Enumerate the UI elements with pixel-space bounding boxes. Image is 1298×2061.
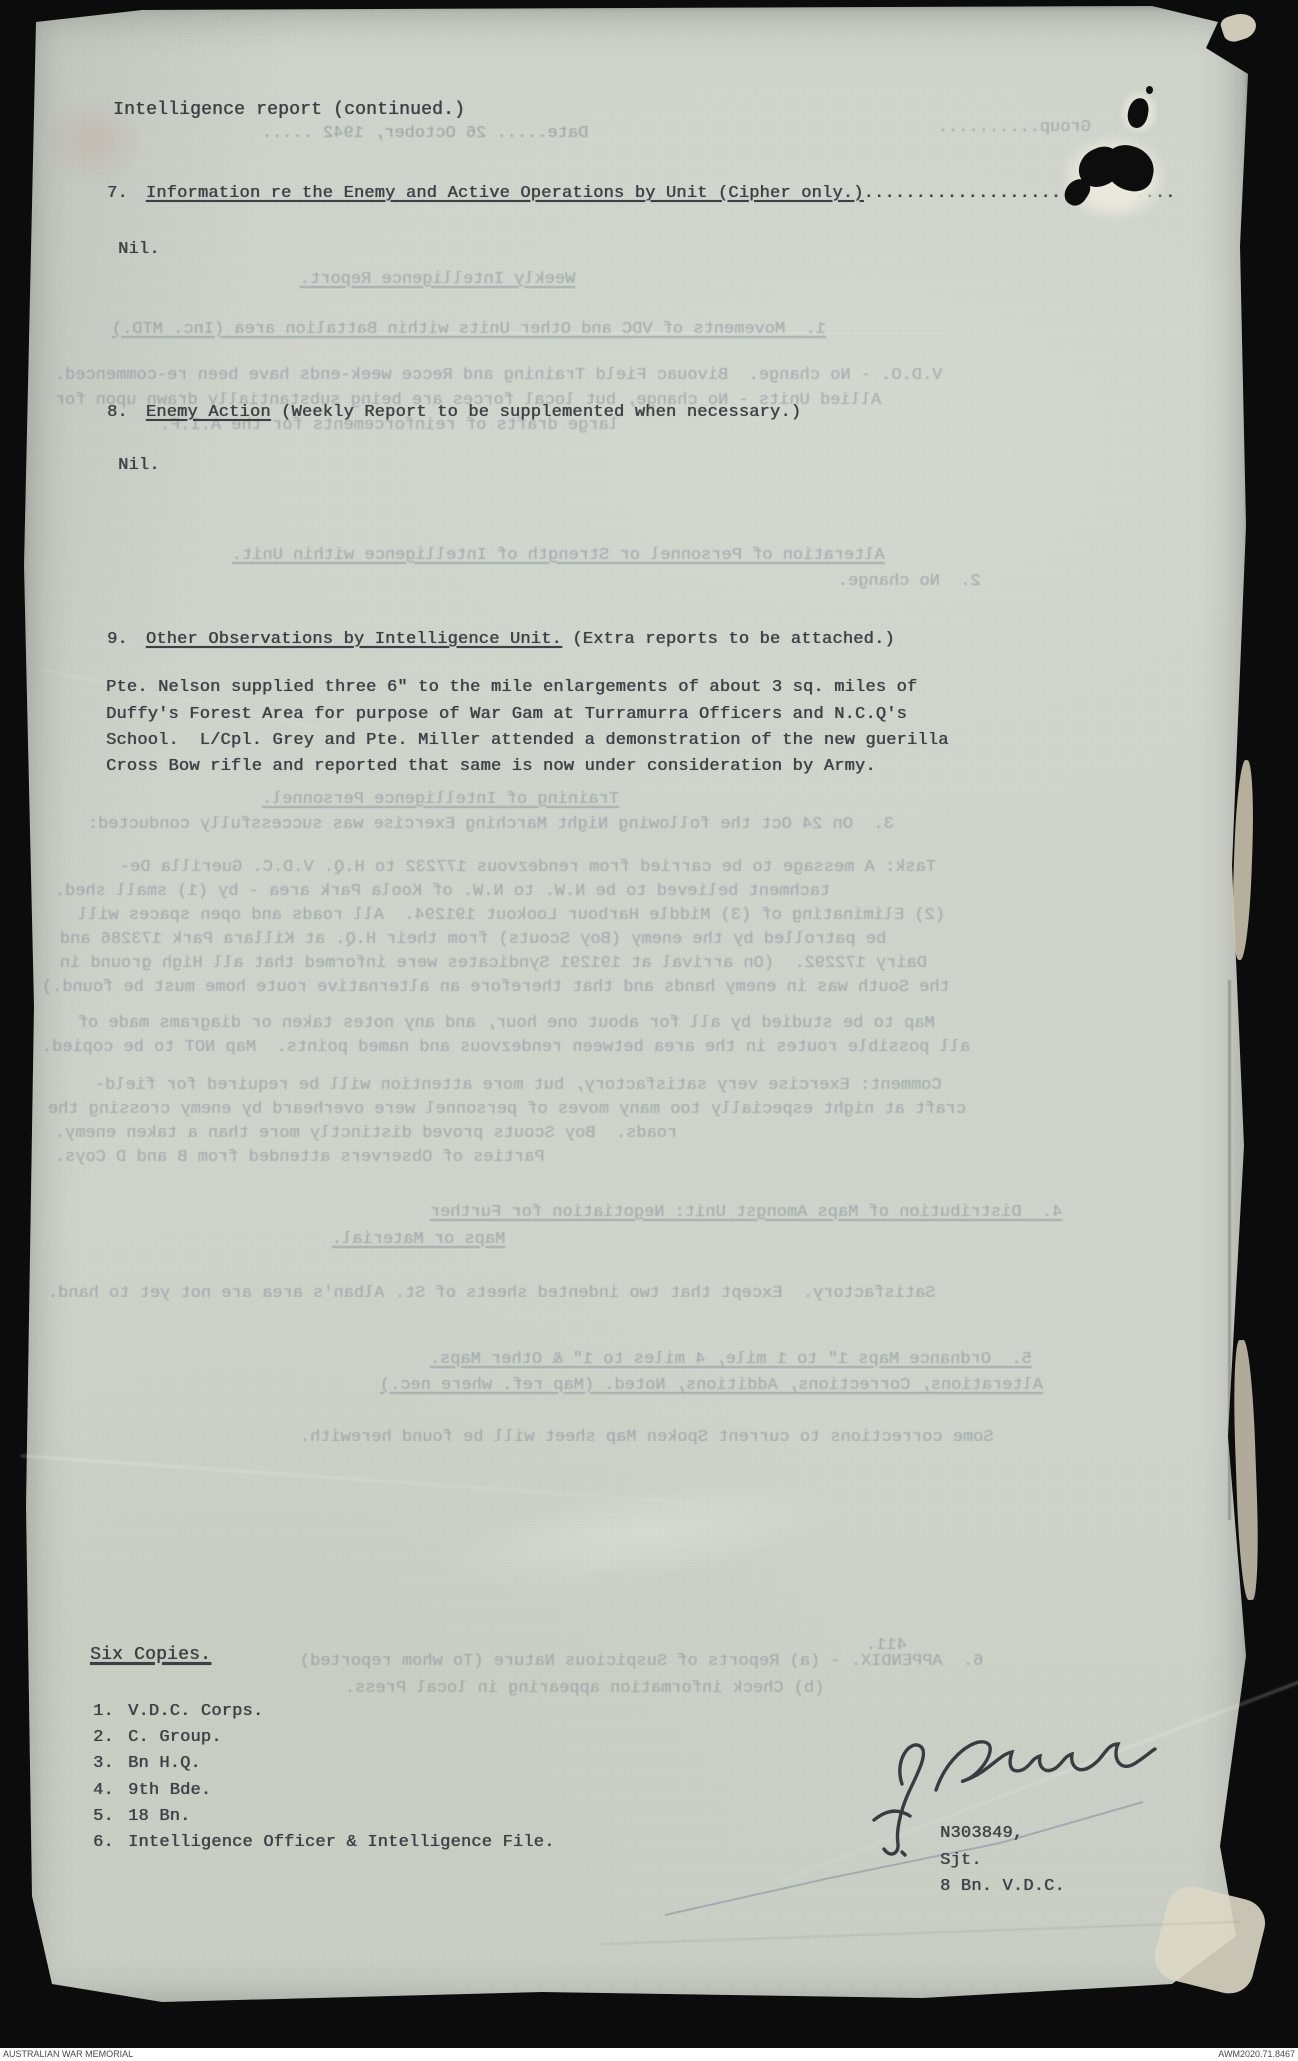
section-number: 7. — [107, 184, 128, 203]
distribution-item: 1.V.D.C. Corps. — [93, 1702, 263, 1722]
bleedthrough-line: Comment: Exercise very satisfactory, but… — [95, 1076, 942, 1096]
bleedthrough-line: craft at night especially too many moves… — [48, 1100, 966, 1120]
bleedthrough-line: Maps or Material. — [332, 1230, 505, 1250]
bleedthrough-line: 4. Distribution of Maps Amongst Unit: Ne… — [430, 1203, 1063, 1223]
section-title-rest: (Weekly Report to be supplemented when n… — [271, 403, 802, 422]
bleedthrough-line: V.D.O. - No change. Bivouac Field Traini… — [55, 366, 943, 386]
leader-dots: .............................. — [864, 184, 1176, 203]
section-title: Other Observations by Intelligence Unit. — [146, 630, 562, 649]
section-9-heading: 9. Other Observations by Intelligence Un… — [107, 630, 895, 650]
distribution-item: 2.C. Group. — [93, 1728, 222, 1748]
signature-unit: 8 Bn. V.D.C. — [940, 1877, 1065, 1897]
distribution-item: 6.Intelligence Officer & Intelligence Fi… — [93, 1833, 554, 1853]
section-8-heading: 8. Enemy Action (Weekly Report to be sup… — [107, 403, 801, 423]
bleedthrough-line: (2) Eliminating of (3) Middle Harbour Lo… — [78, 906, 945, 926]
paragraph-line: Duffy's Forest Area for purpose of War G… — [106, 705, 907, 725]
page-title: Intelligence report (continued.) — [113, 100, 465, 122]
archive-reference: AWM2020.71.8467 — [1218, 2048, 1295, 2061]
bleedthrough-line: 2. No change. — [838, 572, 981, 592]
bleedthrough-line: Parties of Observers attended from B and… — [55, 1148, 545, 1168]
section-title: Enemy Action — [146, 403, 271, 422]
scanned-document: Date..... 26 October, 1942 .....Group...… — [0, 0, 1298, 2061]
section-7-body: Nil. — [118, 240, 160, 260]
bleedthrough-line: Weekly Intelligence Report. — [300, 270, 575, 290]
section-title-rest: (Extra reports to be attached.) — [562, 630, 895, 649]
distribution-heading: Six Copies. — [90, 1645, 211, 1667]
bleedthrough-line: Dairy 172292. (On arrival at 191291 Synd… — [60, 954, 927, 974]
bleedthrough-line: Alteration of Personnel or Strength of I… — [232, 546, 885, 566]
section-number: 9. — [107, 630, 128, 649]
bleedthrough-line: 3. On 24 Oct the following Night Marchin… — [88, 815, 894, 835]
section-title: Information re the Enemy and Active Oper… — [146, 184, 864, 203]
bleedthrough-line: Date..... 26 October, 1942 ..... — [262, 124, 588, 144]
torn-paper-edge — [1219, 9, 1259, 44]
bleedthrough-line: Some corrections to current Spoken Map s… — [300, 1428, 994, 1448]
section-8-body: Nil. — [118, 456, 160, 476]
bleedthrough-line: Training of Intelligence Personnel. — [262, 790, 619, 810]
section-7-heading: 7. Information re the Enemy and Active O… — [107, 184, 1176, 204]
bleedthrough-line: be patrolled by the enemy (Boy Scouts) f… — [60, 930, 886, 950]
archive-name: AUSTRALIAN WAR MEMORIAL — [3, 2048, 133, 2061]
paragraph-line: Pte. Nelson supplied three 6" to the mil… — [106, 678, 917, 698]
signature-rank: Sjt. — [940, 1851, 982, 1871]
signature-service-number: N303849, — [940, 1824, 1023, 1844]
bleedthrough-line: Map to be studied by all for about one h… — [78, 1014, 935, 1034]
paragraph-line: Cross Bow rifle and reported that same i… — [106, 757, 876, 777]
bleedthrough-line: (b) Check information appearing in local… — [345, 1679, 824, 1699]
bleedthrough-line: all possible routes in the area between … — [42, 1038, 970, 1058]
bleedthrough-line: the South was in enemy hands and that th… — [42, 978, 950, 998]
bleedthrough-line: Alterations, Corrections, Additions, Not… — [380, 1376, 1043, 1396]
pencil-line — [650, 1790, 1150, 1925]
bleedthrough-line: tachment believed to be N.W. to N.W. of … — [55, 882, 830, 902]
bleedthrough-line: roads. Boy Scouts proved distinctly more… — [55, 1124, 677, 1144]
bleedthrough-line: 6. APPENDIX. - (a) Reports of Suspicious… — [300, 1652, 984, 1672]
section-number: 8. — [107, 403, 128, 422]
bleedthrough-line: 5. Ordnance Maps 1" to 1 mile, 4 miles t… — [430, 1350, 1032, 1370]
bleedthrough-line: Satisfactory. Except that two indented s… — [48, 1284, 936, 1304]
distribution-item: 5.18 Bn. — [93, 1807, 190, 1827]
distribution-item: 4.9th Bde. — [93, 1781, 211, 1801]
archive-footer: AUSTRALIAN WAR MEMORIAL AWM2020.71.8467 — [0, 2048, 1298, 2061]
bleedthrough-line: Group.......... — [938, 118, 1091, 138]
paragraph-line: School. L/Cpl. Grey and Pte. Miller atte… — [106, 731, 949, 751]
bleedthrough-line: 1. Movements of VDC and Other Units with… — [112, 320, 826, 340]
bleedthrough-line: Task: A message to be carried from rende… — [120, 858, 936, 878]
distribution-item: 3.Bn H.Q. — [93, 1754, 201, 1774]
